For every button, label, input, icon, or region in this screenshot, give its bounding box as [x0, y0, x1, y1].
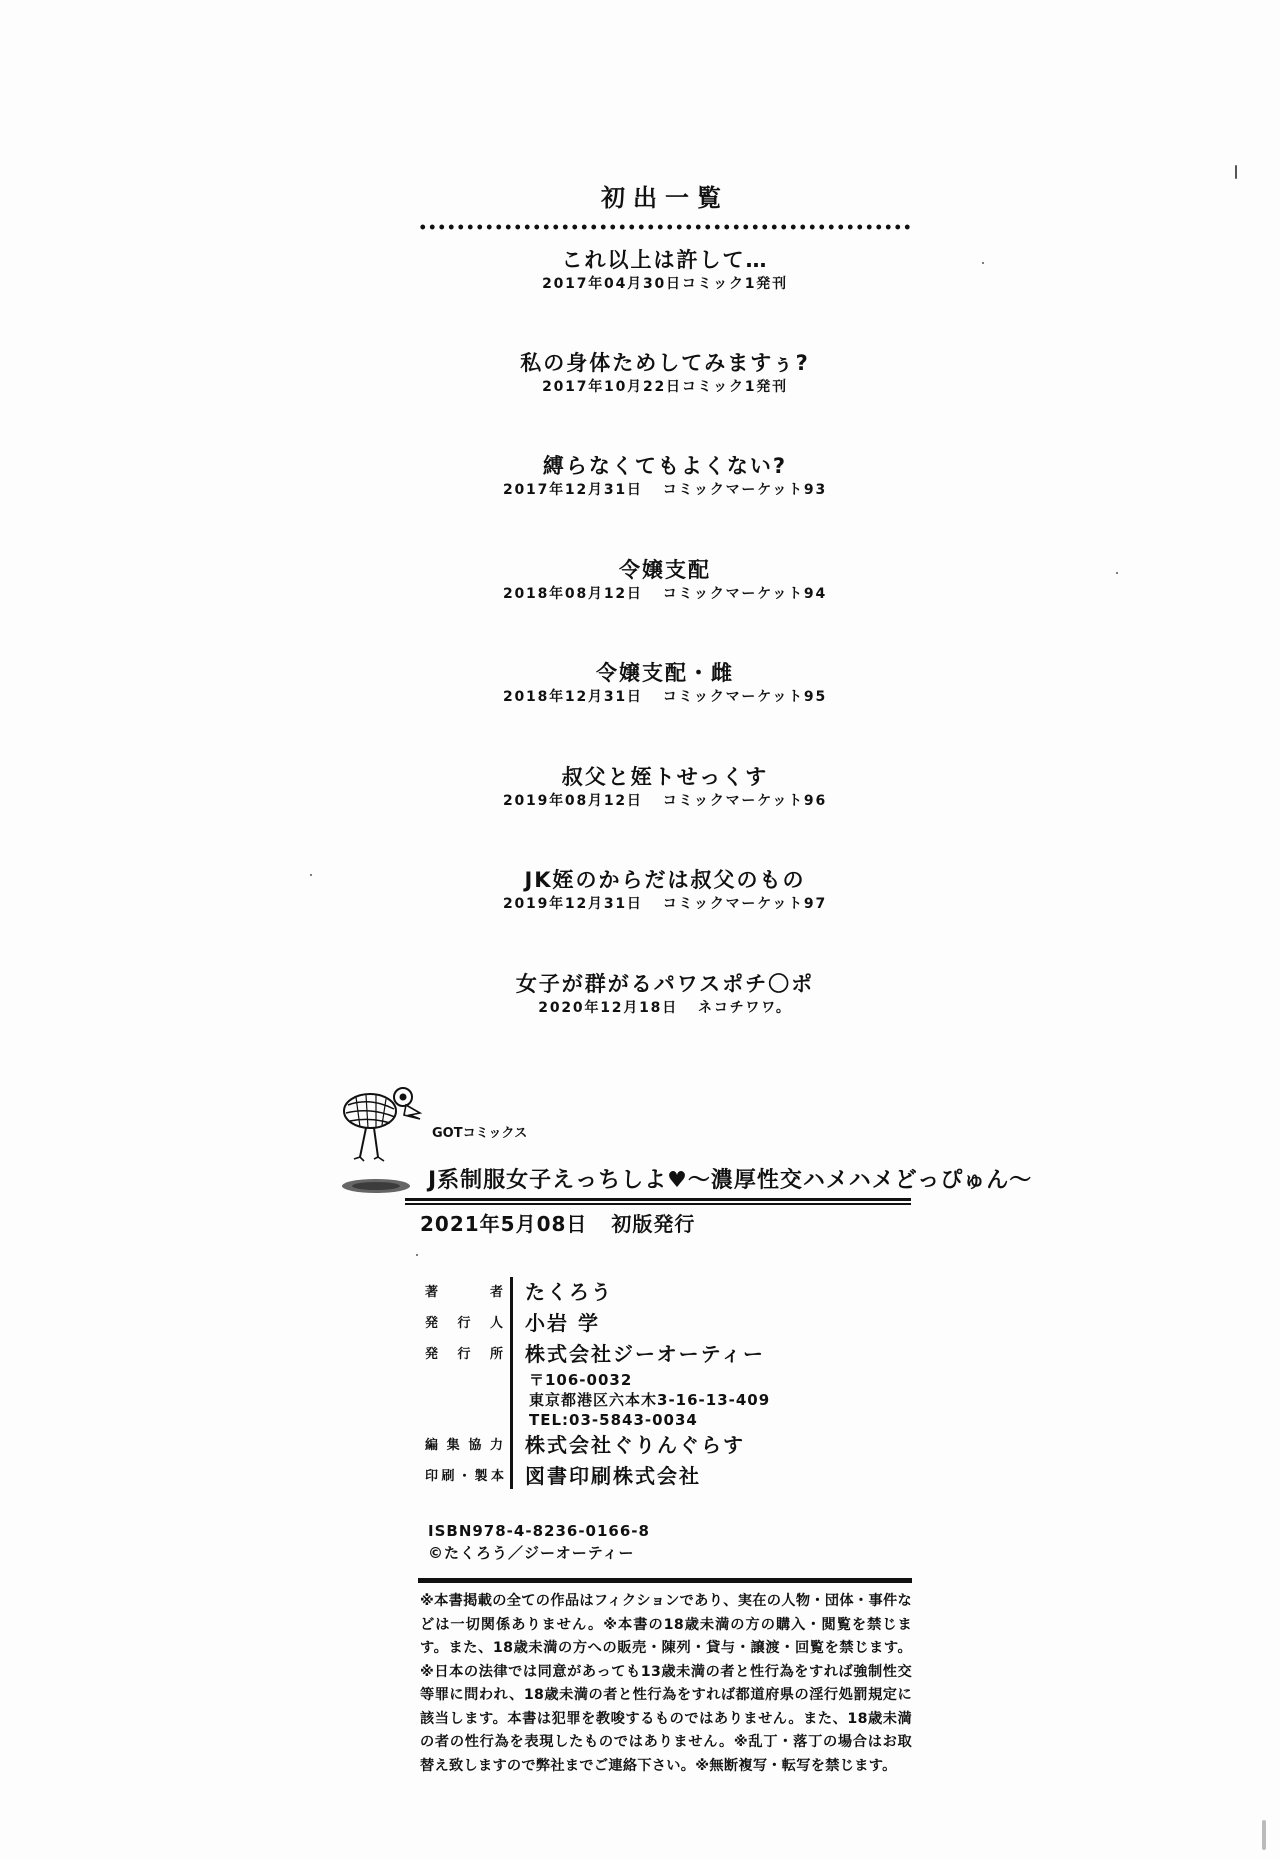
entry-venue: ネコチワワ。 — [698, 1000, 792, 1016]
entry-item: これ以上は許して… 2017年04月30日コミック1発刊 — [420, 247, 910, 293]
postal-code: 〒106-0032 — [525, 1370, 770, 1390]
publication-date: 2021年5月08日初版発行 — [420, 1208, 695, 1237]
entry-source: 2017年04月30日コミック1発刊 — [420, 275, 910, 293]
entry-source: 2017年12月31日コミックマーケット93 — [420, 481, 910, 499]
author-name: たくろう — [525, 1277, 613, 1308]
page-title: 初出一覧 — [420, 178, 910, 213]
entry-source: 2019年08月12日コミックマーケット96 — [420, 792, 910, 810]
entry-item: JK姪のからだは叔父のもの 2019年12月31日コミックマーケット97 — [420, 867, 910, 913]
credit-row-printing: 印刷・製本 図書印刷株式会社 — [425, 1461, 770, 1492]
credit-label: 発行所 — [425, 1339, 511, 1370]
entry-item: 叔父と姪トせっくす 2019年08月12日コミックマーケット96 — [420, 764, 910, 810]
scan-artifact — [1116, 572, 1118, 574]
scan-artifact — [1262, 1820, 1266, 1850]
entry-item: 女子が群がるパワスポチ〇ポ 2020年12月18日ネコチワワ。 — [420, 971, 910, 1017]
scan-artifact — [982, 262, 984, 264]
series-label: GOTコミックス — [432, 1122, 527, 1141]
credit-row-publisher: 発行所 株式会社ジーオーティー 〒106-0032 東京都港区六本木3-16-1… — [425, 1339, 770, 1430]
entry-date: 2019年08月12日 — [503, 793, 643, 809]
entry-source: 2019年12月31日コミックマーケット97 — [420, 895, 910, 913]
credit-label: 著者 — [425, 1277, 511, 1308]
entry-venue: コミックマーケット94 — [663, 586, 827, 602]
entry-venue: コミックマーケット96 — [663, 793, 827, 809]
entry-source: 2018年12月31日コミックマーケット95 — [420, 688, 910, 706]
entry-date: 2020年12月18日 — [538, 1000, 678, 1016]
credits-table: 著者 たくろう 発行人 小岩 学 発行所 株式会社ジーオーティー 〒106-00… — [425, 1277, 770, 1492]
publisher-name: 株式会社ジーオーティー — [525, 1339, 770, 1370]
entry-date: 2018年08月12日 — [503, 586, 643, 602]
entry-date: 2017年12月31日 — [503, 482, 643, 498]
entry-item: 令嬢支配・雌 2018年12月31日コミックマーケット95 — [420, 660, 910, 706]
entry-title: 縛らなくてもよくない? — [420, 453, 910, 479]
entry-source: 2017年10月22日コミック1発刊 — [420, 378, 910, 396]
bird-mascot-icon — [340, 1085, 430, 1200]
scan-artifact — [310, 874, 312, 876]
credit-row-publisher-person: 発行人 小岩 学 — [425, 1308, 770, 1339]
double-rule-divider — [405, 1198, 911, 1205]
credit-label: 印刷・製本 — [425, 1461, 511, 1492]
entry-title: 令嬢支配 — [420, 557, 910, 583]
isbn: ISBN978-4-8236-0166-8 — [428, 1520, 650, 1542]
entry-item: 縛らなくてもよくない? 2017年12月31日コミックマーケット93 — [420, 453, 910, 499]
pub-date-value: 2021年5月08日 — [420, 1212, 587, 1236]
entry-venue: コミック1発刊 — [682, 379, 788, 395]
entry-venue: コミックマーケット95 — [663, 689, 827, 705]
entry-venue: コミックマーケット97 — [663, 896, 827, 912]
entry-item: 私の身体ためしてみますぅ? 2017年10月22日コミック1発刊 — [420, 350, 910, 396]
isbn-block: ISBN978-4-8236-0166-8 ©たくろう／ジーオーティー — [428, 1520, 650, 1564]
phone-number: TEL:03-5843-0034 — [525, 1410, 770, 1430]
scan-artifact — [416, 1254, 418, 1256]
double-rule-divider — [418, 1576, 912, 1583]
credit-row-editorial: 編集協力 株式会社ぐりんぐらす — [425, 1430, 770, 1461]
entry-title: 叔父と姪トせっくす — [420, 764, 910, 790]
entry-source: 2018年08月12日コミックマーケット94 — [420, 585, 910, 603]
credit-label: 発行人 — [425, 1308, 511, 1339]
entry-date: 2017年10月22日 — [542, 379, 682, 395]
scan-artifact — [1235, 165, 1237, 179]
entry-source: 2020年12月18日ネコチワワ。 — [420, 999, 910, 1017]
printer-name: 図書印刷株式会社 — [525, 1461, 701, 1492]
entry-date: 2018年12月31日 — [503, 689, 643, 705]
street-address: 東京都港区六本木3-16-13-409 — [525, 1390, 770, 1410]
credit-label: 編集協力 — [425, 1430, 511, 1461]
edition-label: 初版発行 — [611, 1212, 695, 1236]
entry-title: 女子が群がるパワスポチ〇ポ — [420, 971, 910, 997]
credit-row-author: 著者 たくろう — [425, 1277, 770, 1308]
dotted-divider — [418, 224, 912, 230]
entry-venue: コミックマーケット93 — [663, 482, 827, 498]
entry-date: 2019年12月31日 — [503, 896, 643, 912]
legal-notice: ※本書掲載の全ての作品はフィクションであり、実在の人物・団体・事件などは一切関係… — [420, 1590, 912, 1778]
entry-title: 令嬢支配・雌 — [420, 660, 910, 686]
entry-date: 2017年04月30日 — [542, 276, 682, 292]
publisher-person-name: 小岩 学 — [525, 1308, 600, 1339]
entry-title: JK姪のからだは叔父のもの — [420, 867, 910, 893]
entry-venue: コミック1発刊 — [682, 276, 788, 292]
book-title: J系制服女子えっちしよ♥〜濃厚性交ハメハメどっぴゅん〜 — [428, 1163, 1032, 1194]
copyright: ©たくろう／ジーオーティー — [428, 1542, 650, 1564]
editorial-cooperation: 株式会社ぐりんぐらす — [525, 1430, 745, 1461]
entry-title: これ以上は許して… — [420, 247, 910, 273]
entry-item: 令嬢支配 2018年08月12日コミックマーケット94 — [420, 557, 910, 603]
entry-title: 私の身体ためしてみますぅ? — [420, 350, 910, 376]
